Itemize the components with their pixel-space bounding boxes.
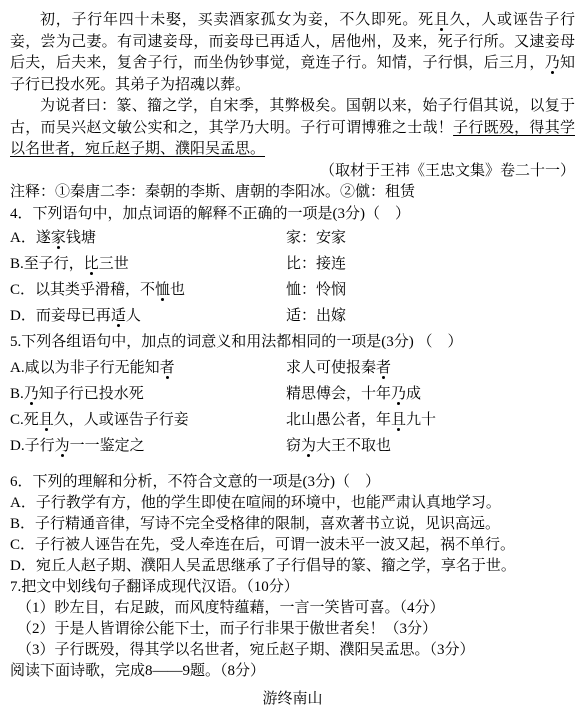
q4-option-a-stem: A．遂家钱塘 [10,225,286,251]
text-segment-plain: 也 [170,282,185,298]
text-segment-plain: 成 [406,386,421,402]
q5-header: 5.下列各组语句中，加点的词意义和用法都相同的一项是(3分) （ ） [10,329,575,355]
q4-option-a-gloss: 家：安家 [286,225,575,251]
q4-option-c-gloss: 恤：怜悯 [286,277,575,303]
text-segment-dot: 适 [111,308,126,324]
q4-header: 4．下列语句中，加点词语的解释不正确的一项是(3分)（ ） [10,204,575,226]
text-segment-dot: 且 [391,412,406,428]
q5-option-d-right: 窃为大王不取也 [286,433,575,459]
q5-option-a-right: 求人可使报秦者 [286,355,575,381]
q6-option-c: C．子行被人诬告在先，受人牵连在后，可谓一波未平一波又起，祸不单行。 [10,535,575,556]
text-segment-plain: 九十 [406,412,436,428]
text-segment-dot: 为 [55,438,70,454]
q5-option-b-left: B.乃知子行已投水死 [10,381,286,407]
text-segment-plain: 久，人或诬告子行妾 [54,412,189,428]
exam-document: 初，子行年四十未娶，买卖酒家孤女为妾，不久即死。死且久，人或诬告子行妾，尝为己妻… [0,0,586,710]
q5-option-a-left: A.咸以为非子行无能知者 [10,355,286,381]
text-segment-plain: 钱塘 [66,230,96,246]
text-segment-dot: 者 [376,360,391,376]
q5-option-c-left: C.死且久，人或诬告子行妾 [10,407,286,433]
q5-option-d: D.子行为一一鉴定之 窃为大王不取也 [10,433,575,459]
text-segment-plain: 精思傅会，十年 [286,386,391,402]
text-segment-dot: 且 [39,412,54,428]
poem-title: 游终南山 [10,689,575,710]
text-segment-plain: 窃 [286,438,301,454]
text-segment-plain: B. [10,386,24,402]
text-segment-dot: 家 [51,230,66,246]
q4-option-b: B.至子行，比三世 比：接连 [10,251,575,277]
q6-option-b: B．子行精通音律，写诗不完全受格律的限制，喜欢著书立说，见识高远。 [10,514,575,535]
text-segment-plain: 初，子行年四十未娶，买卖酒家孤女为妾，不久即死。死 [40,12,434,28]
text-segment-dot: 乃 [24,386,39,402]
q5-option-c: C.死且久，人或诬告子行妾 北山愚公者，年且九十 [10,407,575,433]
question-6: 6．下列的理解和分析，不符合文意的一项是(3分)（ ） A．子行教学有方，他的学… [10,472,575,577]
q7-item-1: （1）眇左目，右足跛，而风度特蕴藉，一言一笑皆可喜。（4分） [10,598,575,619]
passage-paragraph-2: 为说者曰：篆、籀之学，自宋季，其弊极矣。国朝以来，始子行倡其说，以复于古，而吴兴… [10,96,575,161]
annotations-line: 注释：①秦唐二李：秦朝的李斯、唐朝的李阳冰。②僦：租赁 [10,182,575,204]
passage-paragraph-1: 初，子行年四十未娶，买卖酒家孤女为妾，不久即死。死且久，人或诬告子行妾，尝为己妻… [10,10,575,96]
text-segment-plain: C.死 [10,412,39,428]
text-segment-plain: D．而妾母已再 [10,308,111,324]
q6-option-d: D．宛丘人赵子期、濮阳人吴孟思继承了子行倡导的篆、籀之学，享名于世。 [10,556,575,577]
poem-section: 阅读下面诗歌，完成8——9题。（8分） 游终南山 [10,661,575,710]
q5-option-b-right: 精思傅会，十年乃成 [286,381,575,407]
q4-option-d: D．而妾母已再适人 适：出嫁 [10,303,575,329]
text-segment-dot: 者 [160,360,175,376]
text-segment-plain: 大王不取也 [316,438,391,454]
text-segment-plain: C．以其类乎滑稽，不 [10,282,155,298]
text-segment-plain: 求人可使报秦 [286,360,376,376]
q6-option-a: A．子行教学有方，他的学生即使在喧闹的环境中，也能严肃认真地学习。 [10,493,575,514]
source-attribution: （取材于王祎《王忠文集》卷二十一） [10,161,575,183]
q4-option-a: A．遂家钱塘 家：安家 [10,225,575,251]
poem-section-intro: 阅读下面诗歌，完成8——9题。（8分） [10,661,575,682]
text-segment-plain: A．遂 [10,230,51,246]
text-segment-dot: 乃 [391,386,406,402]
q4-option-d-stem: D．而妾母已再适人 [10,303,286,329]
text-segment-plain: 一一鉴定之 [70,438,145,454]
q7-header: 7.把文中划线句子翻译成现代汉语。（10分） [10,577,575,598]
text-segment-dot: 乃 [545,55,560,71]
q4-option-c-stem: C．以其类乎滑稽，不恤也 [10,277,286,303]
text-segment-dot: 为 [301,438,316,454]
q5-option-d-left: D.子行为一一鉴定之 [10,433,286,459]
text-segment-dot: 恤 [155,282,170,298]
text-segment-dot: 比 [84,256,99,272]
question-4: 4．下列语句中，加点词语的解释不正确的一项是(3分)（ ） A．遂家钱塘 家：安… [10,204,575,330]
text-segment-dot: 且 [434,12,450,28]
q4-option-d-gloss: 适：出嫁 [286,303,575,329]
question-5: 5.下列各组语句中，加点的词意义和用法都相同的一项是(3分) （ ） A.咸以为… [10,329,575,459]
text-segment-plain: 人 [126,308,141,324]
q5-option-c-right: 北山愚公者，年且九十 [286,407,575,433]
text-segment-plain: 北山愚公者，年 [286,412,391,428]
q7-item-3: （3）子行既殁，得其学以名世者，宛丘赵子期、濮阳吴孟思。（3分） [10,640,575,661]
question-7: 7.把文中划线句子翻译成现代汉语。（10分） （1）眇左目，右足跛，而风度特蕴藉… [10,577,575,661]
q4-option-b-gloss: 比：接连 [286,251,575,277]
q7-item-2: （2）于是人皆谓徐公能下士，而子行非果于傲世者矣！（3分） [10,619,575,640]
text-segment-plain: D.子行 [10,438,55,454]
text-segment-plain: 知子行已投水死 [39,386,144,402]
q4-option-c: C．以其类乎滑稽，不恤也 恤：怜悯 [10,277,575,303]
q5-option-a: A.咸以为非子行无能知者 求人可使报秦者 [10,355,575,381]
text-segment-plain: 三世 [99,256,129,272]
text-segment-plain: A.咸以为非子行无能知 [10,360,160,376]
q5-option-b: B.乃知子行已投水死 精思傅会，十年乃成 [10,381,575,407]
q6-header: 6．下列的理解和分析，不符合文意的一项是(3分)（ ） [10,472,575,493]
text-segment-plain: B.至子行， [10,256,84,272]
q4-option-b-stem: B.至子行，比三世 [10,251,286,277]
